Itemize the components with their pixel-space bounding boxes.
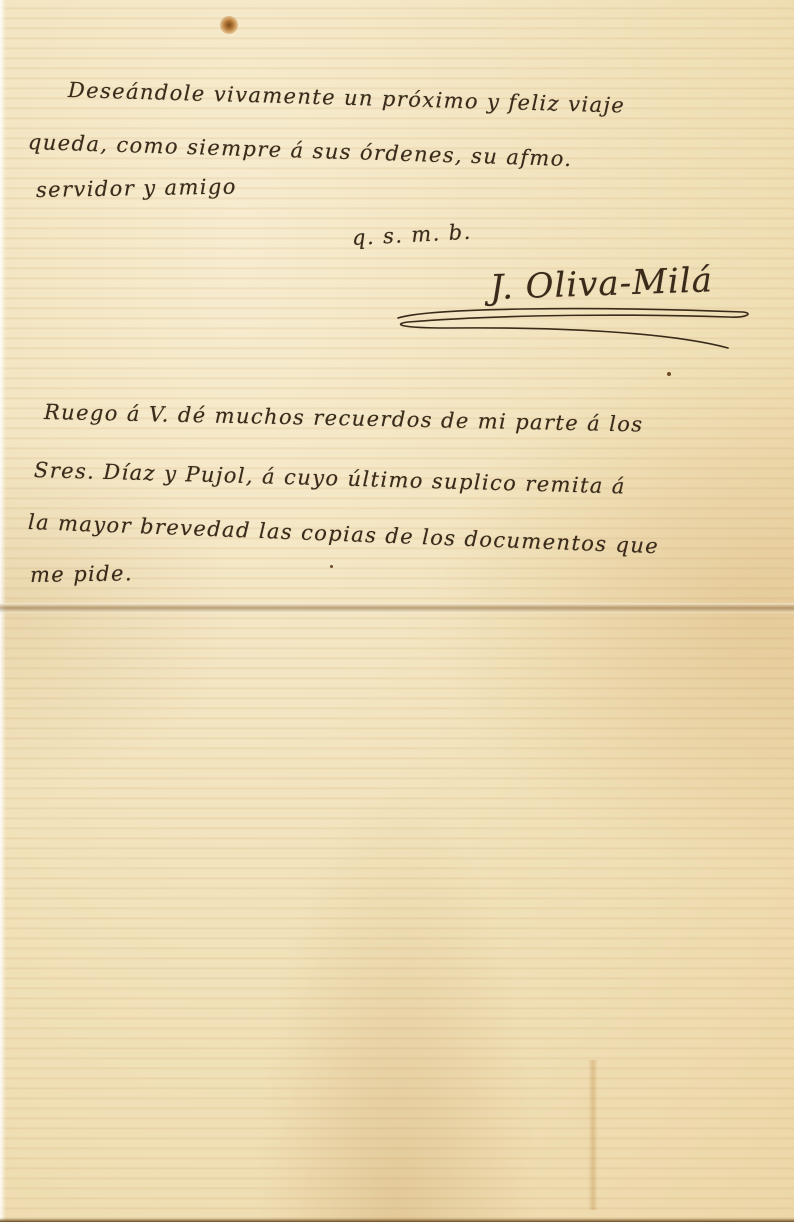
letter-page: Deseándole vivamente un próximo y feliz … xyxy=(0,0,794,1222)
closing-line-3: servidor y amigo xyxy=(36,174,237,202)
postscript-line-1: Ruego á V. dé muchos recuerdos de mi par… xyxy=(44,400,644,437)
valediction: q. s. m. b. xyxy=(351,220,472,250)
paper-edge-bottom xyxy=(0,1218,794,1222)
closing-line-1: Deseándole vivamente un próximo y feliz … xyxy=(68,78,626,118)
ink-stain xyxy=(220,16,238,34)
ink-speck xyxy=(667,372,671,376)
paper-fold-line xyxy=(0,603,794,613)
ink-speck xyxy=(330,565,333,568)
closing-line-2: queda, como siempre á sus órdenes, su af… xyxy=(28,130,573,171)
postscript-line-2: Sres. Díaz y Pujol, á cuyo último suplic… xyxy=(34,458,626,499)
paper-crease xyxy=(588,1060,598,1210)
postscript-line-3: la mayor brevedad las copias de los docu… xyxy=(28,510,660,558)
signature-flourish xyxy=(388,300,758,355)
postscript-line-4: me pide. xyxy=(30,561,133,587)
